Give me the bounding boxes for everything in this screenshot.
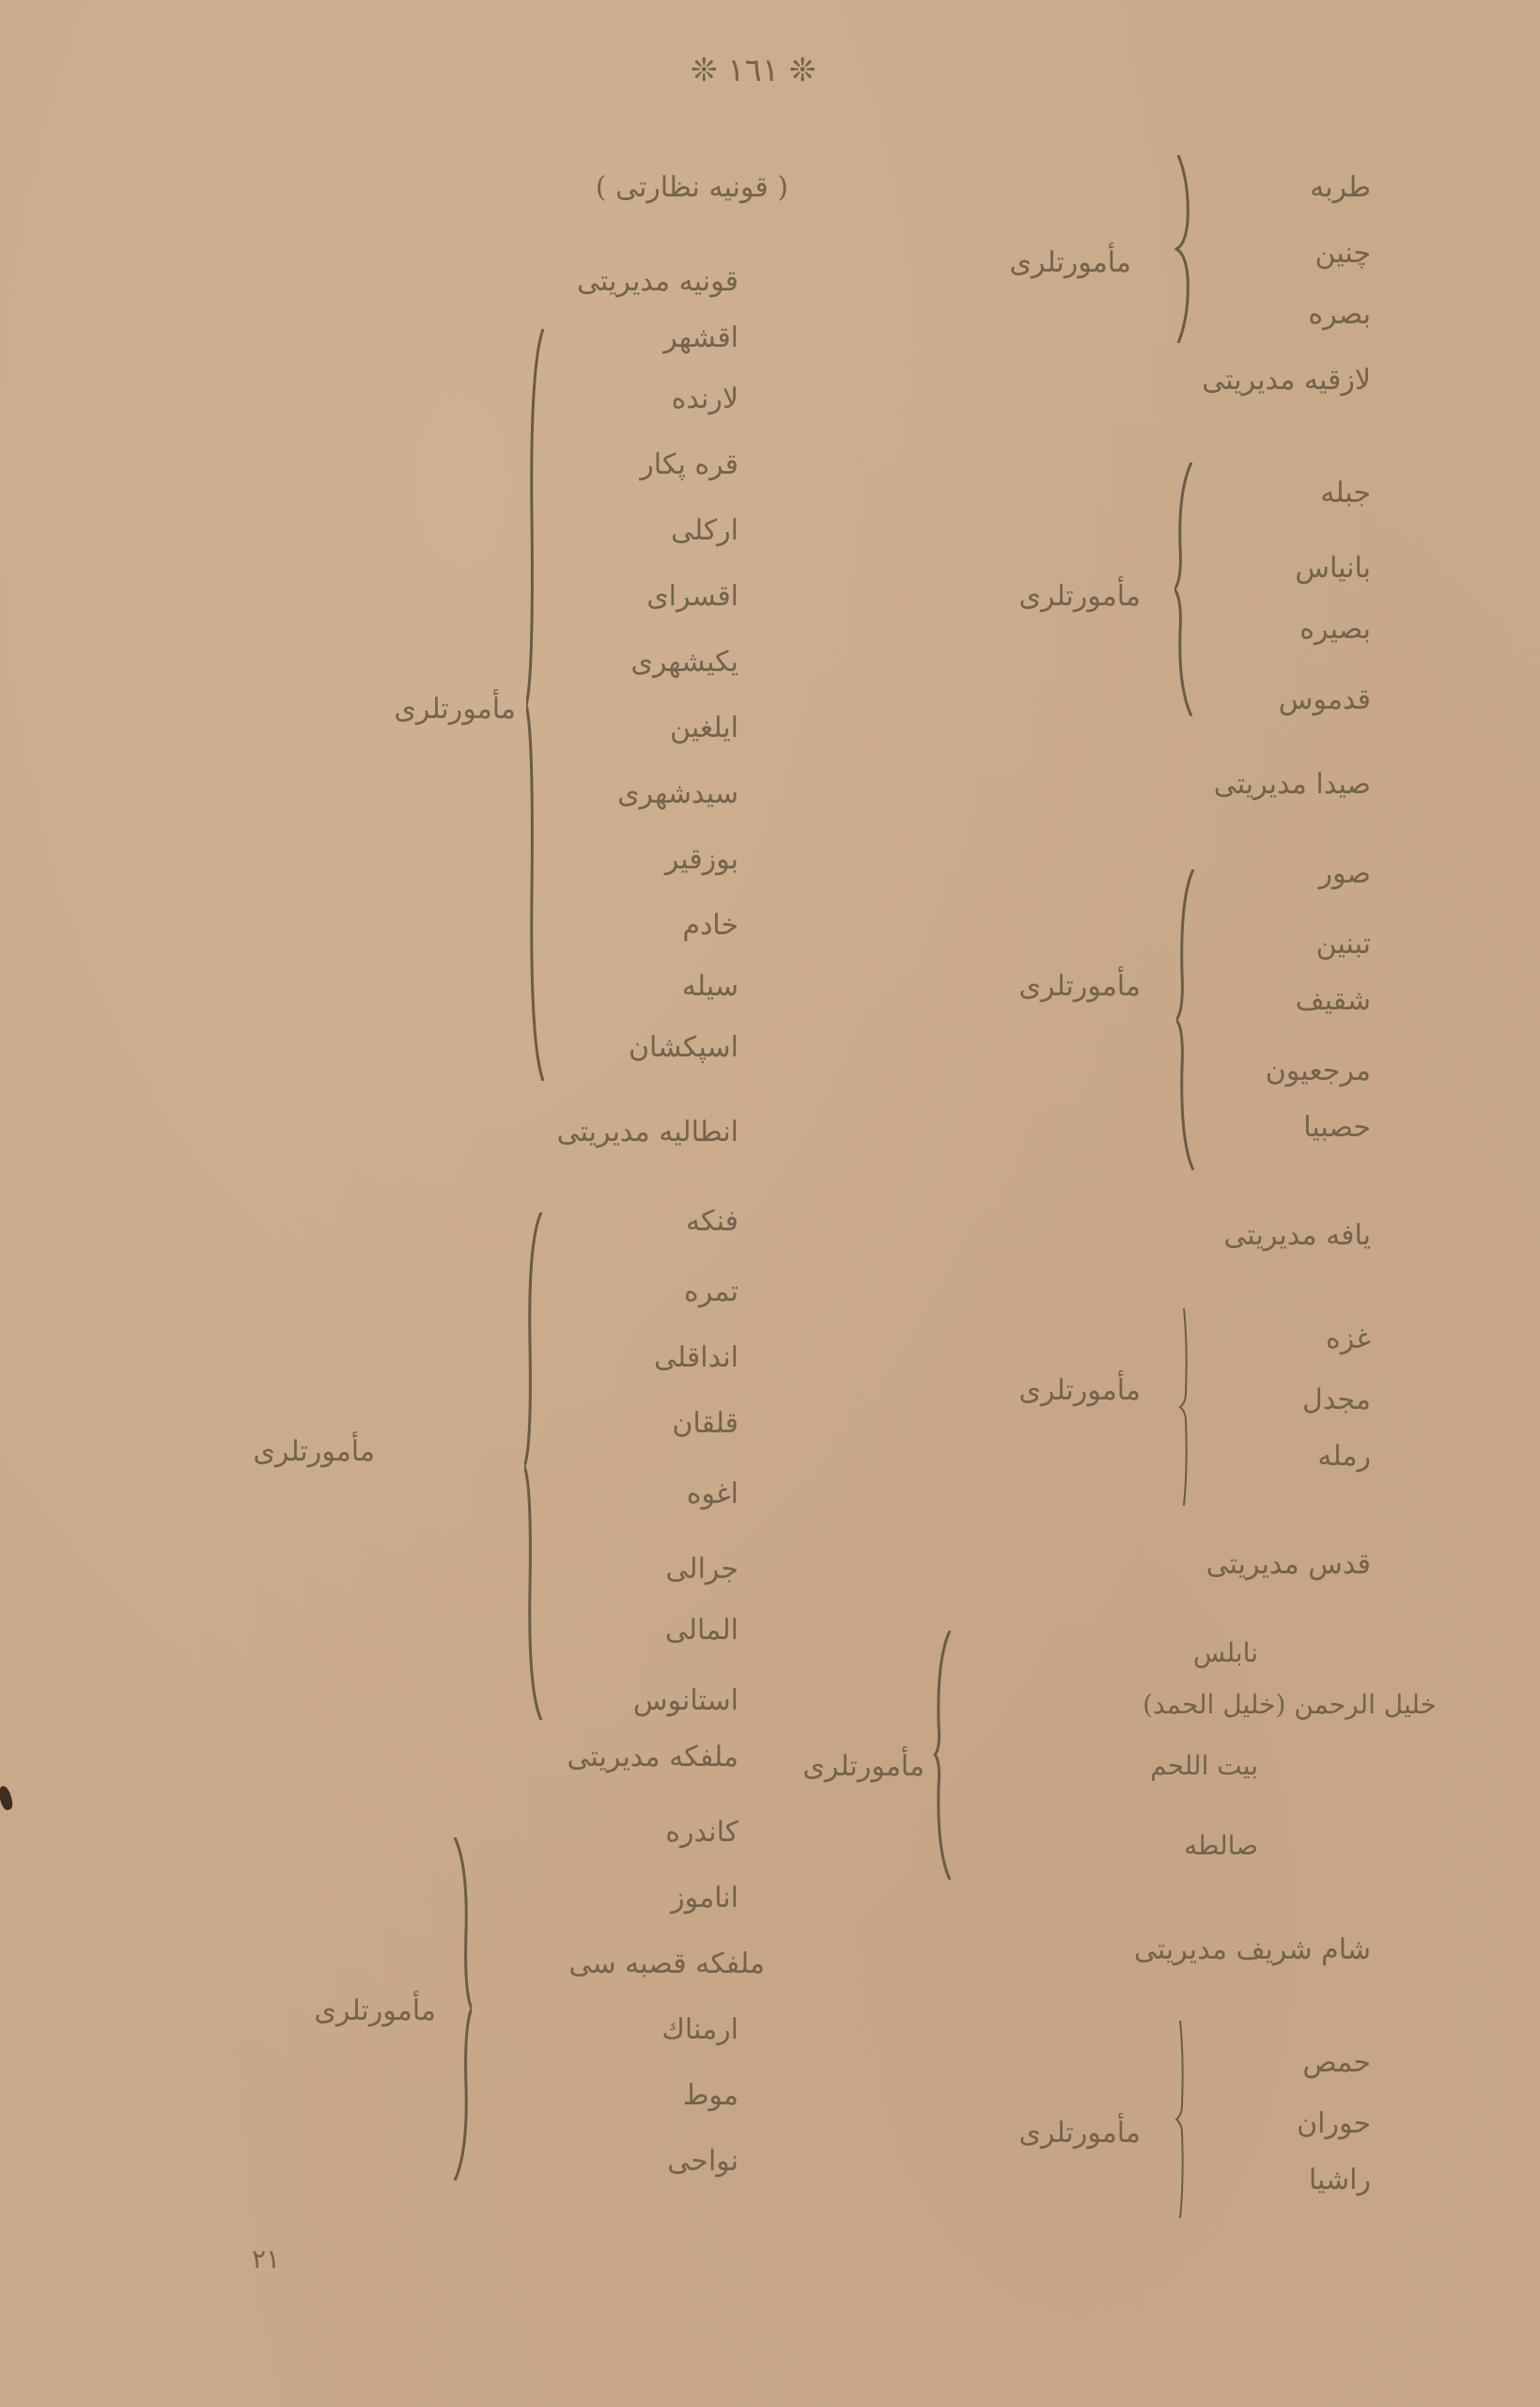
list-item: اقسراى [646, 583, 739, 611]
list-item: جرالى [665, 1555, 739, 1584]
list-item: رمله [1317, 1443, 1371, 1471]
brace-icon [933, 1631, 954, 1880]
list-item: طربه [1310, 174, 1371, 202]
list-item: ملفكه قصبه سى [568, 1950, 765, 1978]
list-item: سيله [682, 973, 739, 1001]
section-heading-lazkiye: لازقيه مديريتى [1202, 367, 1371, 395]
section-heading-yafa: يافه مديريتى [1223, 1222, 1371, 1250]
list-item: اركلى [671, 517, 739, 545]
list-item: استانوس [633, 1687, 739, 1715]
group-label: مأمورتلرى [1019, 973, 1141, 1001]
list-item: راشيا [1309, 2166, 1371, 2195]
group-label: مأمورتلرى [1009, 249, 1131, 277]
list-item: سيدشهرى [617, 780, 739, 808]
list-item: تبنين [1316, 930, 1371, 959]
list-item: مرجعيون [1266, 1057, 1371, 1086]
group-label: مأمورتلرى [314, 1997, 436, 2025]
group-label: مأمورتلرى [802, 1753, 925, 1781]
list-item: غزه [1326, 1325, 1371, 1353]
list-item: شقيف [1296, 987, 1371, 1015]
section-heading-sayda: صيدا مديريتى [1214, 771, 1371, 799]
list-item: خليل الرحمن (خليل الحمد) [1143, 1692, 1437, 1718]
brace-icon [1173, 2021, 1193, 2218]
ink-mark [0, 1785, 14, 1811]
brace-icon [1176, 1308, 1197, 1506]
group-label: مأمورتلرى [1019, 1377, 1141, 1405]
brace-icon [526, 329, 547, 1081]
list-item: مجدل [1302, 1386, 1371, 1415]
list-item: المالى [665, 1617, 739, 1645]
list-item: بيت اللحم [1150, 1753, 1258, 1779]
left-column-title: ( قونيه نظارتى ) [596, 174, 788, 202]
list-item: اسپكشان [629, 1034, 739, 1062]
list-item: فنكه [686, 1208, 739, 1236]
group-label: مأمورتلرى [253, 1438, 375, 1466]
section-heading-kudus: قدس مديريتى [1206, 1551, 1371, 1579]
document-page: ❊ ١٦١ ❊ ( قونيه نظارتى ) قونيه مديريتى ا… [0, 0, 1540, 2407]
group-label: مأمورتلرى [1019, 2119, 1141, 2148]
list-item: بصيره [1299, 616, 1371, 644]
section-heading-silifke: ملفكه مديريتى [568, 1743, 739, 1772]
list-item: نواحى [667, 2148, 739, 2176]
list-item: بصره [1308, 301, 1371, 329]
brace-icon [451, 1837, 472, 2180]
section-heading-konya: قونيه مديريتى [577, 268, 739, 296]
list-item: تمره [684, 1278, 739, 1306]
page-header: ❊ ١٦١ ❊ [691, 55, 816, 86]
footer-signature: ٢١ [252, 2246, 280, 2273]
list-item: صور [1319, 860, 1371, 888]
section-heading-sham: شام شريف مديريتى [1134, 1936, 1371, 1964]
list-item: بوزقير [665, 846, 739, 874]
list-item: يكيشهرى [630, 649, 739, 677]
list-item: صالطه [1184, 1833, 1258, 1859]
list-item: ايلغين [670, 714, 739, 742]
list-item: لارنده [672, 385, 739, 414]
list-item: قلقان [672, 1410, 739, 1438]
section-heading-antalya: انطاليه مديريتى [557, 1118, 739, 1147]
group-label: مأمورتلرى [394, 696, 516, 724]
brace-icon [1174, 462, 1195, 716]
list-item: قره پكار [640, 451, 739, 479]
list-item: جبله [1320, 479, 1371, 508]
list-item: حمص [1302, 2049, 1371, 2077]
list-item: حوران [1297, 2110, 1371, 2138]
list-item: نابلس [1193, 1640, 1258, 1666]
brace-icon [1176, 869, 1197, 1170]
list-item: ارمناك [661, 2016, 739, 2044]
list-item: قدموس [1279, 686, 1371, 714]
list-item: انداقلى [654, 1344, 739, 1372]
list-item: خادم [682, 912, 739, 940]
list-item: اقشهر [663, 324, 739, 352]
brace-icon [1174, 155, 1195, 343]
list-item: موط [683, 2082, 739, 2110]
list-item: كاندره [665, 1819, 739, 1847]
list-item: حصبيا [1303, 1114, 1371, 1142]
list-item: چنين [1315, 240, 1372, 268]
group-label: مأمورتلرى [1019, 583, 1141, 611]
list-item: اغوه [687, 1480, 739, 1508]
brace-icon [524, 1212, 545, 1720]
list-item: اناموز [671, 1884, 739, 1913]
list-item: بانياس [1295, 555, 1371, 583]
